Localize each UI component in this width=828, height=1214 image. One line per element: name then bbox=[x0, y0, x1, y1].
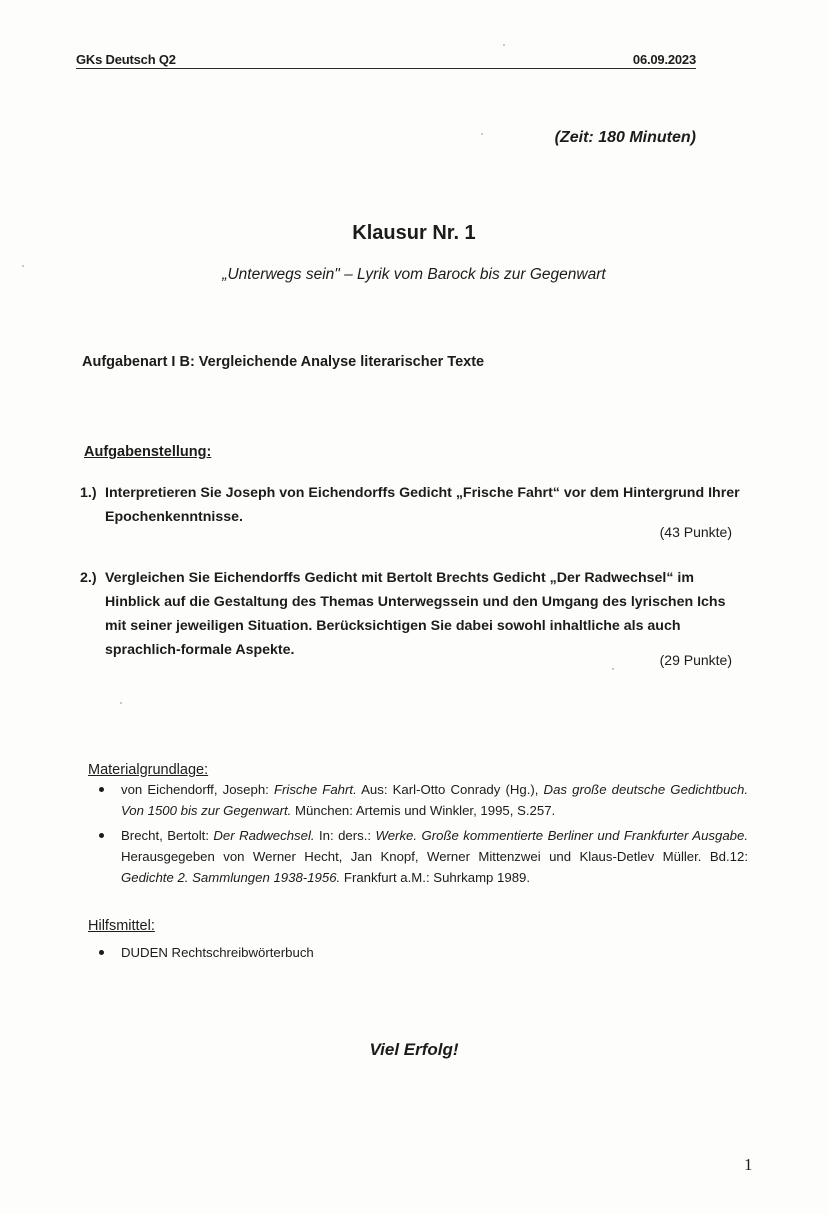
task-text: Interpretieren Sie Joseph von Eichendorf… bbox=[105, 481, 740, 529]
exam-title-text: Klausur Nr. 1 bbox=[352, 222, 475, 245]
scan-speck bbox=[481, 133, 483, 135]
scan-speck bbox=[22, 265, 24, 267]
page-number: 1 bbox=[744, 1155, 753, 1175]
page-header: GKs Deutsch Q2 06.09.2023 bbox=[76, 52, 696, 69]
aid-item: DUDEN Rechtschreibwörterbuch bbox=[90, 942, 748, 963]
task-item: 2.) Vergleichen Sie Eichendorffs Gedicht… bbox=[80, 566, 740, 662]
farewell-text: Viel Erfolg! bbox=[0, 1040, 828, 1060]
materials-heading: Materialgrundlage: bbox=[88, 762, 208, 778]
task-points: (29 Punkte) bbox=[660, 652, 732, 668]
task-text: Vergleichen Sie Eichendorffs Gedicht mit… bbox=[105, 566, 740, 662]
task-points: (43 Punkte) bbox=[660, 524, 732, 540]
material-item: von Eichendorff, Joseph: Frische Fahrt. … bbox=[90, 779, 748, 821]
aids-list: DUDEN Rechtschreibwörterbuch bbox=[90, 942, 748, 967]
tasks-heading: Aufgabenstellung: bbox=[84, 444, 211, 460]
task-number: 1.) bbox=[80, 481, 105, 529]
aids-heading: Hilfsmittel: bbox=[88, 918, 155, 934]
scan-speck bbox=[503, 44, 505, 46]
time-limit: (Zeit: 180 Minuten) bbox=[555, 129, 696, 147]
scan-speck bbox=[612, 668, 614, 670]
materials-list: von Eichendorff, Joseph: Frische Fahrt. … bbox=[90, 779, 748, 892]
scan-speck bbox=[120, 702, 122, 704]
task-type: Aufgabenart I B: Vergleichende Analyse l… bbox=[82, 354, 484, 370]
exam-title: Klausur Nr. 1 bbox=[0, 222, 828, 245]
task-number: 2.) bbox=[80, 566, 105, 662]
material-item: Brecht, Bertolt: Der Radwechsel. In: der… bbox=[90, 825, 748, 888]
exam-subtitle: „Unterwegs sein" – Lyrik vom Barock bis … bbox=[0, 266, 828, 284]
exam-page: GKs Deutsch Q2 06.09.2023 (Zeit: 180 Min… bbox=[0, 0, 828, 1214]
exam-date: 06.09.2023 bbox=[633, 52, 696, 67]
course-label: GKs Deutsch Q2 bbox=[76, 52, 176, 67]
task-item: 1.) Interpretieren Sie Joseph von Eichen… bbox=[80, 481, 740, 529]
